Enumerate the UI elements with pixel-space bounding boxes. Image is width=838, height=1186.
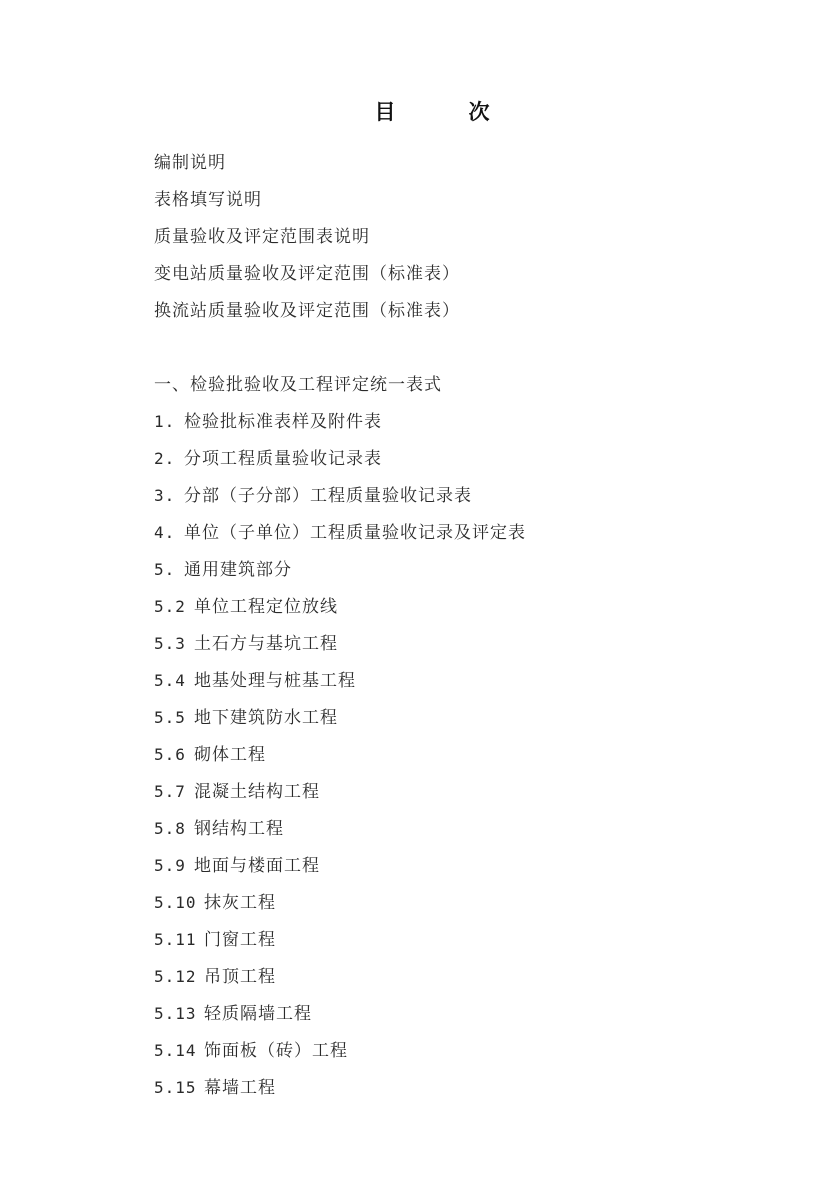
toc-section-heading[interactable]: 一、检验批验收及工程评定统一表式 <box>154 373 442 397</box>
toc-entry[interactable]: 5.2单位工程定位放线 <box>154 595 338 619</box>
toc-entry-number: 5.9 <box>154 854 194 878</box>
toc-entry[interactable]: 5.8钢结构工程 <box>154 817 284 841</box>
toc-entry[interactable]: 3.分部（子分部）工程质量验收记录表 <box>154 484 472 508</box>
toc-entry[interactable]: 1.检验批标准表样及附件表 <box>154 410 382 434</box>
toc-entry-label: 抹灰工程 <box>204 893 276 913</box>
toc-entry[interactable]: 2.分项工程质量验收记录表 <box>154 447 382 471</box>
toc-entry-number: 5.4 <box>154 669 194 693</box>
toc-entry[interactable]: 5.7混凝土结构工程 <box>154 780 320 804</box>
toc-entry[interactable]: 5.9地面与楼面工程 <box>154 854 320 878</box>
toc-entry-number: 4. <box>154 521 184 545</box>
toc-entry[interactable]: 4.单位（子单位）工程质量验收记录及评定表 <box>154 521 526 545</box>
toc-entry-number: 5. <box>154 558 184 582</box>
toc-entry-label: 吊顶工程 <box>204 967 276 987</box>
toc-entry-label: 土石方与基坑工程 <box>194 634 338 654</box>
toc-entry[interactable]: 5.3土石方与基坑工程 <box>154 632 338 656</box>
toc-entry-label: 地面与楼面工程 <box>194 856 320 876</box>
toc-entry-label: 通用建筑部分 <box>184 560 292 580</box>
toc-item-substation-scope[interactable]: 变电站质量验收及评定范围（标准表） <box>154 262 460 286</box>
section-heading-label: 一、检验批验收及工程评定统一表式 <box>154 375 442 395</box>
toc-title: 目 次 <box>0 97 838 127</box>
toc-entry-label: 幕墙工程 <box>204 1078 276 1098</box>
toc-entry-label: 检验批标准表样及附件表 <box>184 412 382 432</box>
toc-entry-number: 5.6 <box>154 743 194 767</box>
toc-entry[interactable]: 5.13轻质隔墙工程 <box>154 1002 312 1026</box>
toc-entry-label: 轻质隔墙工程 <box>204 1004 312 1024</box>
toc-entry-number: 5.14 <box>154 1039 204 1063</box>
toc-entry-label: 分项工程质量验收记录表 <box>184 449 382 469</box>
toc-entry-number: 5.15 <box>154 1076 204 1100</box>
toc-entry-number: 5.3 <box>154 632 194 656</box>
toc-entry-label: 单位（子单位）工程质量验收记录及评定表 <box>184 523 526 543</box>
toc-item-label: 变电站质量验收及评定范围（标准表） <box>154 264 460 284</box>
toc-entry[interactable]: 5.11门窗工程 <box>154 928 276 952</box>
toc-entry[interactable]: 5.10抹灰工程 <box>154 891 276 915</box>
toc-item-label: 表格填写说明 <box>154 190 262 210</box>
toc-entry-number: 5.8 <box>154 817 194 841</box>
toc-entry-number: 5.11 <box>154 928 204 952</box>
toc-entry-label: 单位工程定位放线 <box>194 597 338 617</box>
toc-entry[interactable]: 5.5地下建筑防水工程 <box>154 706 338 730</box>
toc-entry-number: 5.10 <box>154 891 204 915</box>
toc-item-label: 换流站质量验收及评定范围（标准表） <box>154 301 460 321</box>
document-page: 目 次 编制说明 表格填写说明 质量验收及评定范围表说明 变电站质量验收及评定范… <box>0 0 838 1186</box>
toc-entry-number: 3. <box>154 484 184 508</box>
toc-entry-label: 砌体工程 <box>194 745 266 765</box>
toc-entry[interactable]: 5.14饰面板（砖）工程 <box>154 1039 348 1063</box>
toc-entry-number: 5.5 <box>154 706 194 730</box>
toc-item-compilation-notes[interactable]: 编制说明 <box>154 151 226 175</box>
toc-entry[interactable]: 5.15幕墙工程 <box>154 1076 276 1100</box>
toc-entry-label: 混凝土结构工程 <box>194 782 320 802</box>
toc-item-converter-station-scope[interactable]: 换流站质量验收及评定范围（标准表） <box>154 299 460 323</box>
toc-entry-number: 5.12 <box>154 965 204 989</box>
toc-item-scope-table-notes[interactable]: 质量验收及评定范围表说明 <box>154 225 370 249</box>
toc-entry-label: 地下建筑防水工程 <box>194 708 338 728</box>
toc-entry[interactable]: 5.通用建筑部分 <box>154 558 292 582</box>
toc-entry-label: 地基处理与桩基工程 <box>194 671 356 691</box>
toc-item-form-filling-notes[interactable]: 表格填写说明 <box>154 188 262 212</box>
toc-entry-label: 门窗工程 <box>204 930 276 950</box>
toc-entry-number: 2. <box>154 447 184 471</box>
toc-item-label: 编制说明 <box>154 153 226 173</box>
toc-entry-number: 5.13 <box>154 1002 204 1026</box>
toc-entry-number: 1. <box>154 410 184 434</box>
toc-entry-number: 5.7 <box>154 780 194 804</box>
toc-entry-label: 饰面板（砖）工程 <box>204 1041 348 1061</box>
toc-entry[interactable]: 5.12吊顶工程 <box>154 965 276 989</box>
toc-entry-number: 5.2 <box>154 595 194 619</box>
toc-entry[interactable]: 5.6砌体工程 <box>154 743 266 767</box>
toc-entry-label: 分部（子分部）工程质量验收记录表 <box>184 486 472 506</box>
toc-entry-label: 钢结构工程 <box>194 819 284 839</box>
toc-entry[interactable]: 5.4地基处理与桩基工程 <box>154 669 356 693</box>
toc-item-label: 质量验收及评定范围表说明 <box>154 227 370 247</box>
